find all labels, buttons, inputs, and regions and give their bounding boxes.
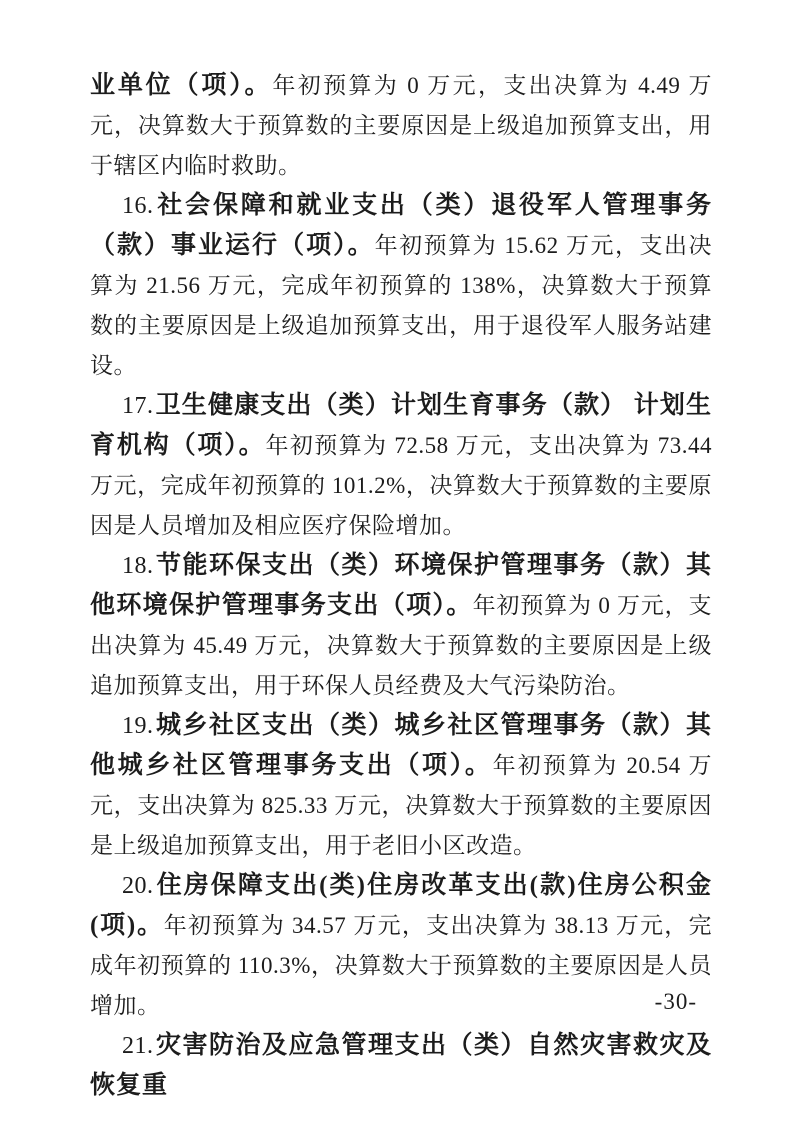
page-number: -30- bbox=[655, 988, 697, 1016]
paragraph-number: 16. bbox=[122, 193, 156, 219]
paragraph: 17.卫生健康支出（类）计划生育事务（款） 计划生育机构（项）。年初预算为 72… bbox=[90, 386, 712, 546]
paragraph-number: 21. bbox=[122, 1033, 156, 1059]
paragraph: 16.社会保障和就业支出（类）退役军人管理事务（款）事业运行（项）。年初预算为 … bbox=[90, 186, 712, 386]
document-page: 业单位（项）。年初预算为 0 万元，支出决算为 4.49 万元，决算数大于预算数… bbox=[0, 0, 793, 1122]
paragraph-number: 17. bbox=[122, 393, 156, 419]
paragraph: 业单位（项）。年初预算为 0 万元，支出决算为 4.49 万元，决算数大于预算数… bbox=[90, 66, 712, 186]
paragraph-body: 年初预算为 34.57 万元，支出决算为 38.13 万元，完成年初预算的 11… bbox=[90, 913, 712, 1018]
paragraph-heading: 业单位（项）。 bbox=[90, 72, 272, 99]
paragraph: 20.住房保障支出(类)住房改革支出(款)住房公积金(项)。年初预算为 34.5… bbox=[90, 866, 712, 1026]
paragraph: 18.节能环保支出（类）环境保护管理事务（款）其他环境保护管理事务支出（项）。年… bbox=[90, 546, 712, 706]
paragraph-number: 18. bbox=[122, 553, 156, 579]
paragraph: 19.城乡社区支出（类）城乡社区管理事务（款）其他城乡社区管理事务支出（项）。年… bbox=[90, 706, 712, 866]
paragraph-heading: 灾害防治及应急管理支出（类）自然灾害救灾及恢复重 bbox=[90, 1032, 712, 1099]
paragraph-number: 19. bbox=[122, 713, 156, 739]
paragraph-number: 20. bbox=[122, 873, 156, 899]
text-block: 业单位（项）。年初预算为 0 万元，支出决算为 4.49 万元，决算数大于预算数… bbox=[90, 66, 712, 1106]
paragraph: 21.灾害防治及应急管理支出（类）自然灾害救灾及恢复重 bbox=[90, 1026, 712, 1106]
